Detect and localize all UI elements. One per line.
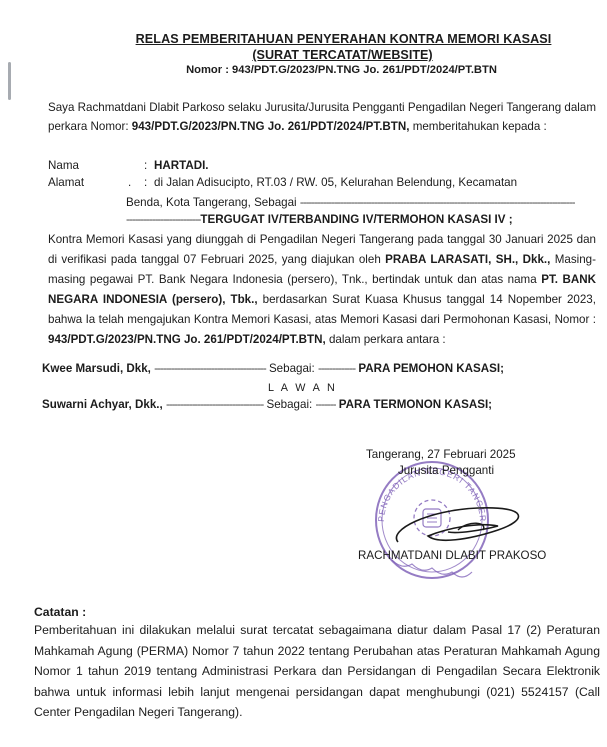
body-case-number: 943/PDT.G/2023/PN.TNG Jo. 261/PDT/2024/P… — [48, 333, 326, 346]
document-subtitle: (SURAT TERCATAT/WEBSITE) — [78, 48, 607, 63]
respondent-line: Suwarni Achyar, Dkk., ------------------… — [42, 398, 602, 411]
recipient-block: Nama : HARTADI. Alamat . : di Jalan Adis… — [48, 158, 603, 228]
respondent-role: PARA TERMONON KASASI; — [339, 398, 492, 411]
recipient-name: HARTADI. — [154, 158, 209, 175]
note-heading: Catatan : — [34, 605, 86, 619]
intro-paragraph: Saya Rachmatdani Dlabit Parkoso selaku J… — [48, 98, 596, 137]
document-title: RELAS PEMBERITAHUAN PENYERAHAN KONTRA ME… — [136, 32, 552, 47]
respondent-name: Suwarni Achyar, Dkk., — [42, 398, 163, 411]
body-text-4: dalam perkara antara : — [326, 333, 446, 346]
dash-fill: ------------- — [318, 362, 355, 375]
versus-label: L A W A N — [268, 382, 337, 394]
sign-place-date: Tangerang, 27 Februari 2025 — [366, 448, 516, 461]
sign-role: Jurusita Pengganti — [398, 464, 494, 477]
dash-fill: --------------------------------------- — [154, 362, 266, 375]
applicant-line: Kwee Marsudi, Dkk, ---------------------… — [42, 362, 602, 375]
as-label: Sebagai: — [266, 398, 312, 411]
as-label: Sebagai: — [269, 362, 315, 375]
colon: : — [144, 158, 154, 175]
name-label: Nama — [48, 158, 128, 175]
document-number: Nomor : 943/PDT.G/2023/PN.TNG Jo. 261/PD… — [76, 63, 607, 78]
attorney-name: PRABA LARASATI, SH., Dkk., — [385, 253, 550, 266]
colon: : — [144, 175, 154, 192]
signatory-name: RACHMATDANI DLABIT PRAKOSO — [358, 549, 546, 562]
signature-icon — [388, 500, 538, 550]
document-header: RELAS PEMBERITAHUAN PENYERAHAN KONTRA ME… — [0, 30, 607, 78]
applicant-role: PARA PEMOHON KASASI; — [358, 362, 504, 375]
dash-fill: ----------------------------------------… — [300, 196, 575, 209]
intro-case-number: 943/PDT.G/2023/PN.TNG Jo. 261/PDT/2024/P… — [132, 120, 410, 133]
address-label: Alamat — [48, 175, 128, 192]
dot: . — [128, 175, 144, 192]
dash-fill: -------------------------- — [126, 213, 200, 226]
document-page: RELAS PEMBERITAHUAN PENYERAHAN KONTRA ME… — [0, 0, 607, 747]
main-paragraph: Kontra Memori Kasasi yang diunggah di Pe… — [48, 230, 596, 350]
note-text: Pemberitahuan ini dilakukan melalui sura… — [34, 620, 600, 723]
address-line-1: di Jalan Adisucipto, RT.03 / RW. 05, Kel… — [154, 175, 517, 192]
dash-fill: ---------------------------------- — [166, 398, 263, 411]
dash-fill: ------- — [315, 398, 335, 411]
intro-tail: memberitahukan kepada : — [409, 120, 546, 133]
applicant-name: Kwee Marsudi, Dkk, — [42, 362, 151, 375]
recipient-role: TERGUGAT IV/TERBANDING IV/TERMOHON KASAS… — [200, 213, 512, 226]
address-line-2: Benda, Kota Tangerang, Sebagai — [126, 196, 297, 209]
